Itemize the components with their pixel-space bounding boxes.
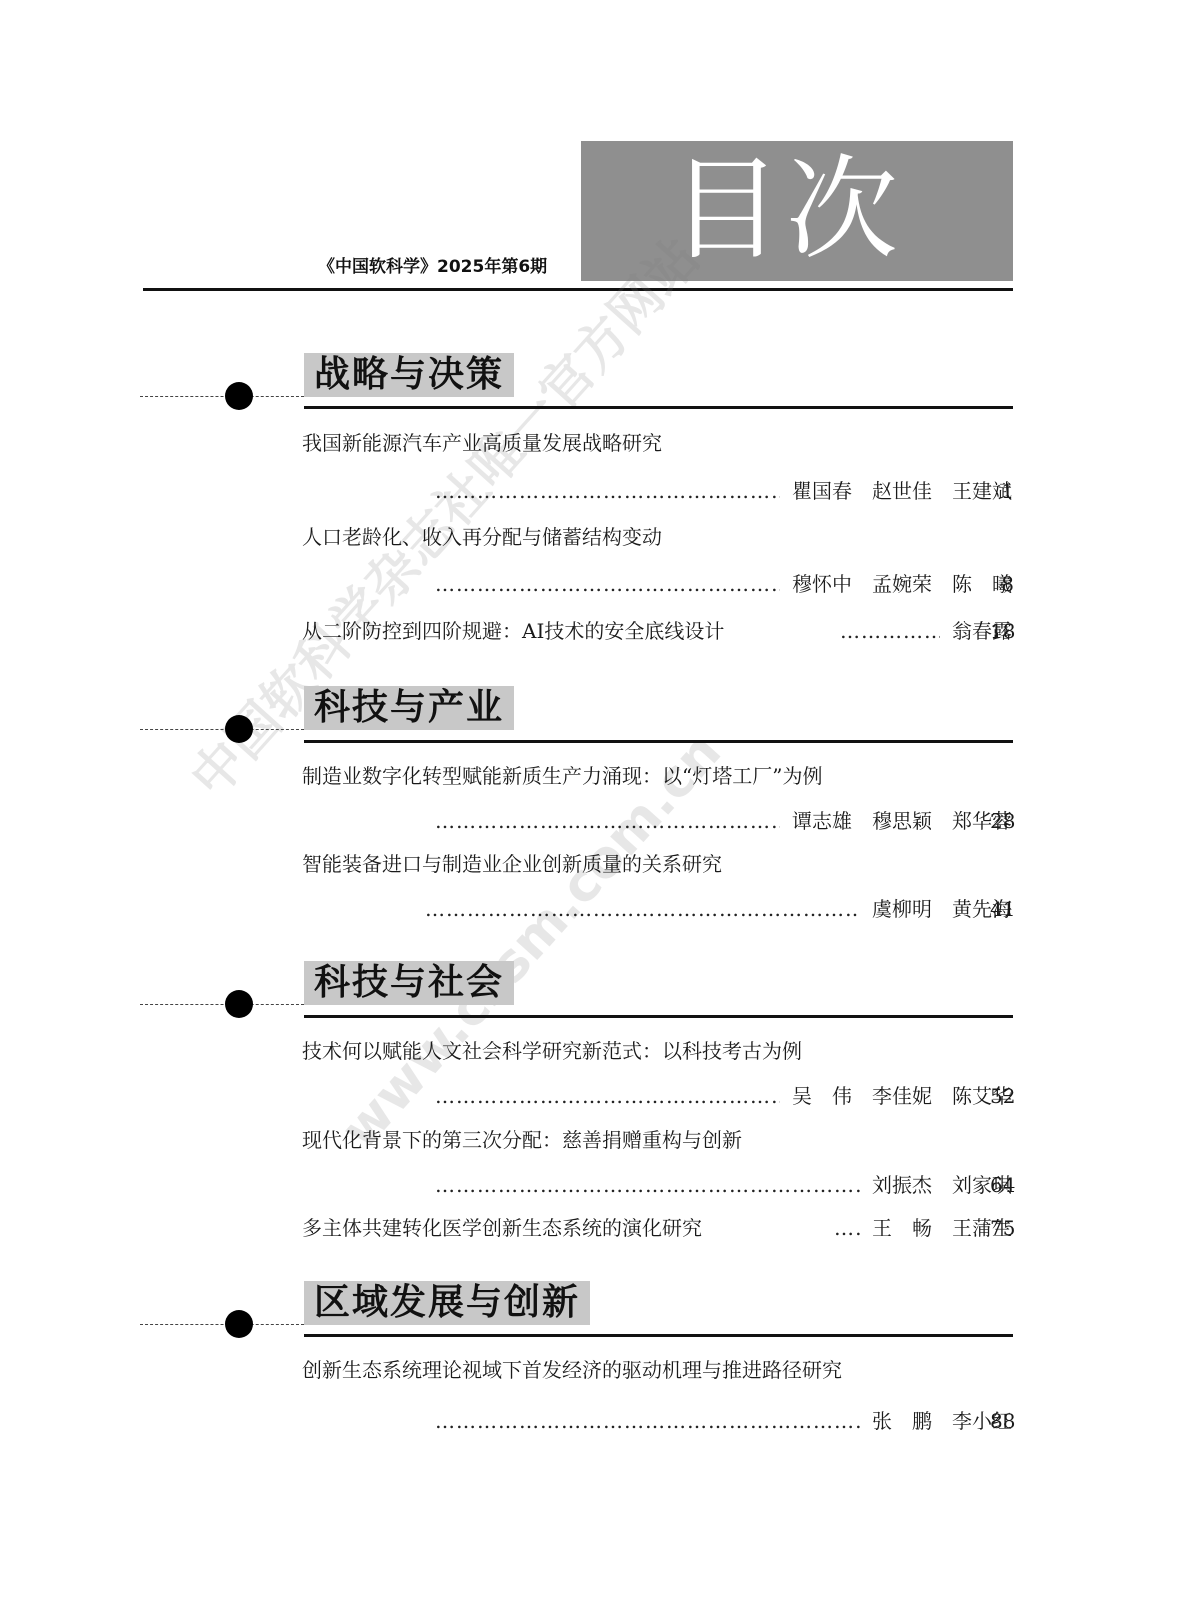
section-divider bbox=[304, 406, 1013, 409]
article-title[interactable]: 我国新能源汽车产业高质量发展战略研究 bbox=[302, 430, 662, 456]
article-title[interactable]: 创新生态系统理论视域下首发经济的驱动机理与推进路径研究 bbox=[302, 1357, 842, 1383]
leader-dots: …………………………………………………………………………………………………………… bbox=[435, 571, 780, 597]
section-bullet-icon bbox=[225, 715, 253, 743]
article-page[interactable]: 64 bbox=[990, 1172, 1014, 1198]
section-dash-line bbox=[140, 1004, 304, 1005]
section-bullet-icon bbox=[225, 382, 253, 410]
article-authors: 穆怀中 孟婉荣 陈 曦 bbox=[792, 571, 1012, 597]
section-heading: 战略与决策 bbox=[304, 353, 514, 397]
section-dash-line bbox=[140, 1324, 304, 1325]
article-authors: 瞿国春 赵世佳 王建斌 bbox=[792, 478, 1012, 504]
article-page[interactable]: 1 bbox=[990, 478, 1014, 504]
article-byline: …………………………………………………………………………………………………………… bbox=[435, 478, 1012, 504]
journal-issue-label: 《中国软科学》2025年第6期 bbox=[318, 252, 547, 277]
article-byline: …………………………………………………………………………………………………………… bbox=[435, 1172, 1012, 1198]
leader-dots: …………………………………………………………………………………………………………… bbox=[435, 1408, 860, 1434]
section-divider bbox=[304, 740, 1013, 743]
article-page[interactable]: 18 bbox=[990, 618, 1014, 644]
article-page[interactable]: 75 bbox=[990, 1215, 1014, 1241]
section-heading: 科技与社会 bbox=[304, 961, 514, 1005]
article-title[interactable]: 人口老龄化、收入再分配与储蓄结构变动 bbox=[302, 524, 662, 550]
article-byline: …………………………………………………………………………………………………………… bbox=[435, 1408, 1012, 1434]
leader-dots: …………………………………………………………………………………………………………… bbox=[435, 808, 780, 834]
leader-dots: …………………………………………………………………………………………………………… bbox=[834, 1215, 860, 1241]
section-divider bbox=[304, 1015, 1013, 1018]
article-title[interactable]: 多主体共建转化医学创新生态系统的演化研究 bbox=[302, 1215, 702, 1241]
article-byline: …………………………………………………………………………………………………………… bbox=[425, 896, 1012, 922]
article-page[interactable]: 41 bbox=[990, 896, 1014, 922]
section-divider bbox=[304, 1334, 1013, 1337]
article-title[interactable]: 从二阶防控到四阶规避：AI技术的安全底线设计 bbox=[302, 618, 724, 644]
section-heading: 科技与产业 bbox=[304, 686, 514, 730]
article-page[interactable]: 28 bbox=[990, 808, 1014, 834]
article-byline: …………………………………………………………………………………………………………… bbox=[840, 618, 1012, 644]
article-title[interactable]: 制造业数字化转型赋能新质生产力涌现：以“灯塔工厂”为例 bbox=[302, 763, 822, 789]
article-page[interactable]: 8 bbox=[990, 571, 1014, 597]
leader-dots: …………………………………………………………………………………………………………… bbox=[840, 618, 940, 644]
article-byline: …………………………………………………………………………………………………………… bbox=[834, 1215, 1012, 1241]
leader-dots: …………………………………………………………………………………………………………… bbox=[435, 1172, 860, 1198]
leader-dots: …………………………………………………………………………………………………………… bbox=[435, 478, 780, 504]
article-byline: …………………………………………………………………………………………………………… bbox=[435, 571, 1012, 597]
article-title[interactable]: 技术何以赋能人文社会科学研究新范式：以科技考古为例 bbox=[302, 1038, 802, 1064]
leader-dots: …………………………………………………………………………………………………………… bbox=[425, 896, 860, 922]
article-authors: 谭志雄 穆思颖 郑华蓉 bbox=[792, 808, 1012, 834]
section-bullet-icon bbox=[225, 1310, 253, 1338]
section-bullet-icon bbox=[225, 990, 253, 1018]
article-authors: 吴 伟 李佳妮 陈艾华 bbox=[792, 1083, 1012, 1109]
article-byline: …………………………………………………………………………………………………………… bbox=[435, 1083, 1012, 1109]
article-title[interactable]: 现代化背景下的第三次分配：慈善捐赠重构与创新 bbox=[302, 1127, 742, 1153]
section-dash-line bbox=[140, 729, 304, 730]
leader-dots: …………………………………………………………………………………………………………… bbox=[435, 1083, 780, 1109]
section-heading: 区域发展与创新 bbox=[304, 1281, 590, 1325]
article-page[interactable]: 88 bbox=[990, 1408, 1014, 1434]
header-divider bbox=[143, 288, 1013, 291]
article-byline: …………………………………………………………………………………………………………… bbox=[435, 808, 1012, 834]
section-dash-line bbox=[140, 396, 304, 397]
page-title: 目次 bbox=[670, 140, 902, 280]
article-page[interactable]: 52 bbox=[990, 1083, 1014, 1109]
article-title[interactable]: 智能装备进口与制造业企业创新质量的关系研究 bbox=[302, 851, 722, 877]
